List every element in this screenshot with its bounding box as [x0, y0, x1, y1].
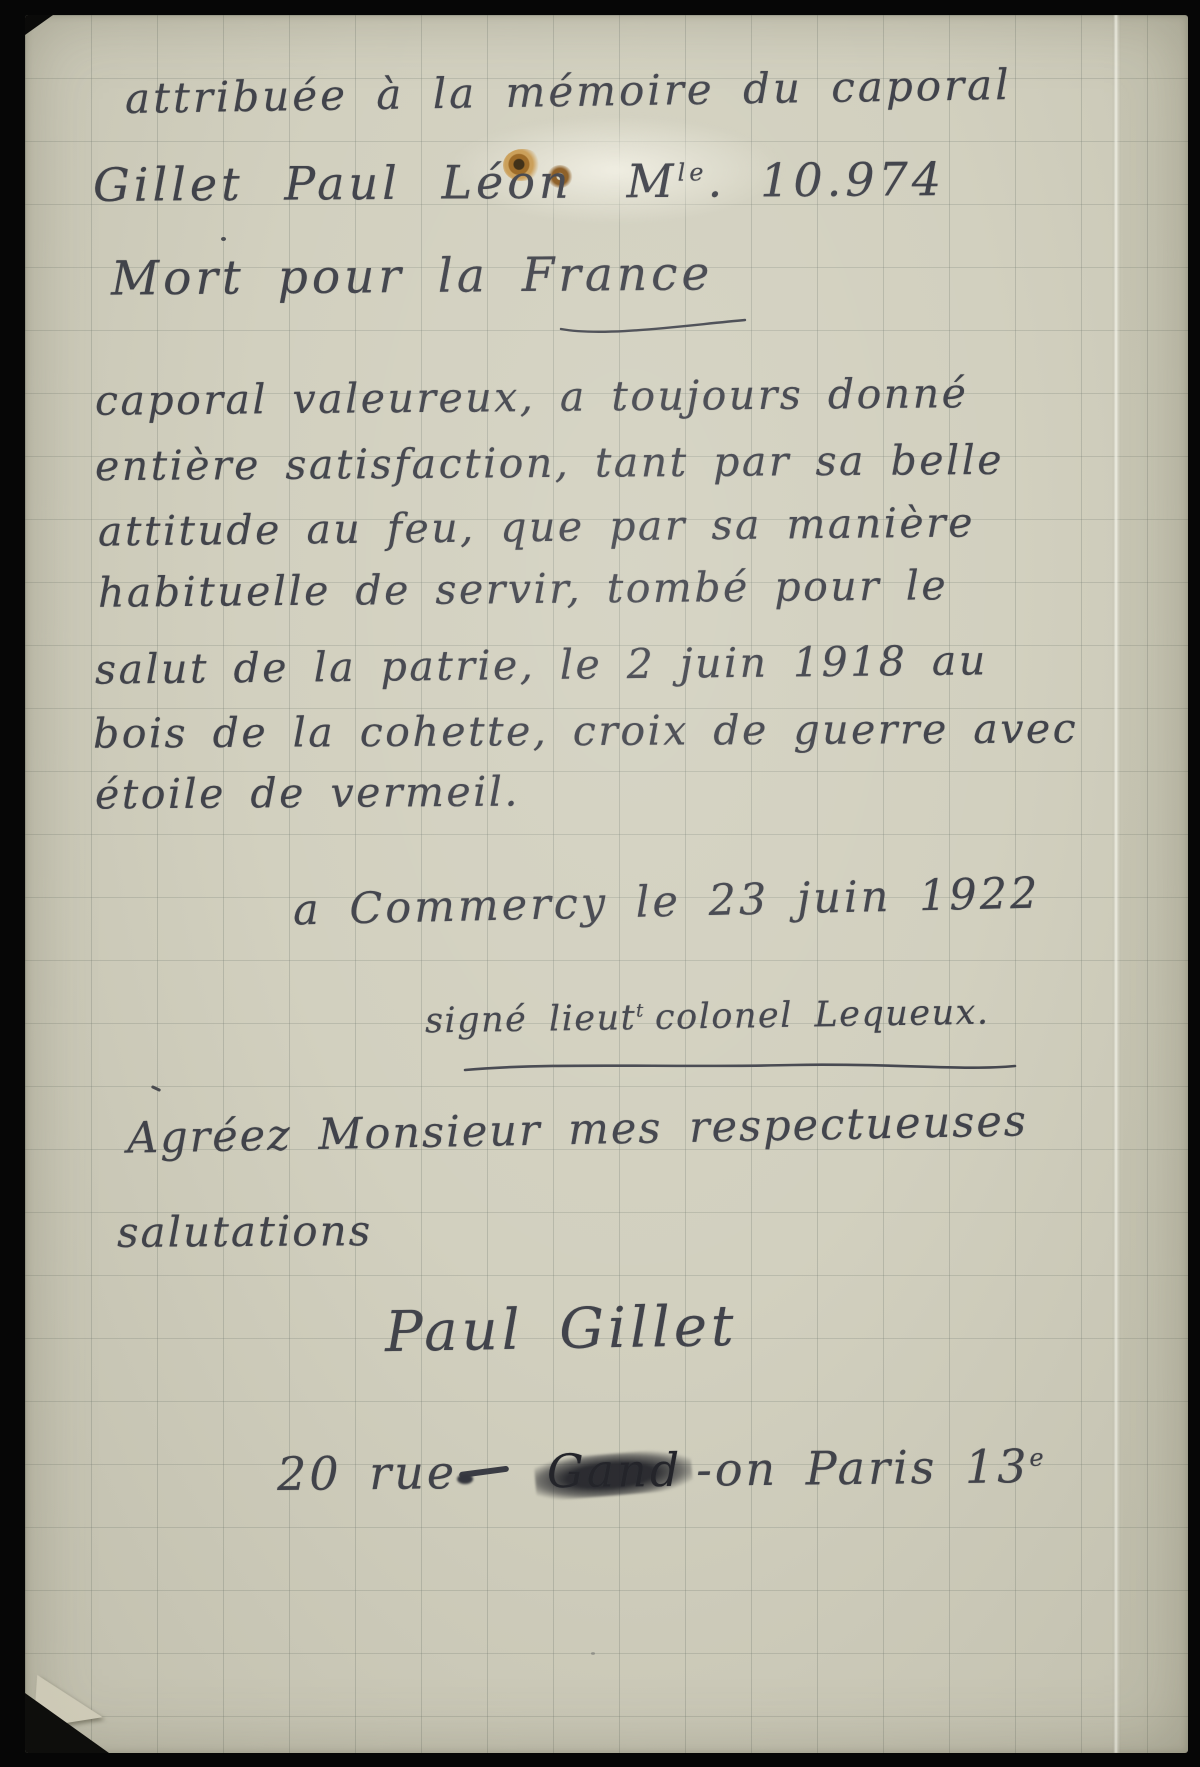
address-line: 20 rueGand-on Paris 13e [277, 1439, 1047, 1501]
signed-prefix: signé lieut [425, 998, 637, 1041]
soldier-name: Gillet Paul Léon [93, 155, 573, 212]
citation-line-2: entière satisfaction, tant par sa belle [95, 436, 1004, 490]
signed-rest: colonel Lequeux. [655, 993, 990, 1038]
fold-shading [1120, 15, 1188, 1753]
closing-line-2: salutations [117, 1206, 373, 1257]
citation-line-6: bois de la cohette, croix de guerre avec [93, 704, 1078, 757]
signature-rule [463, 1057, 1019, 1079]
underline-flourish [559, 315, 749, 341]
bottom-left-corner-cut [25, 1693, 109, 1753]
address-street: 20 rue [277, 1445, 458, 1501]
matricule-sup: le [678, 158, 708, 186]
citation-line-4: habituelle de servir, tombé pour le [98, 561, 949, 616]
fold-crease [1113, 15, 1120, 1753]
address-sup: e [1029, 1444, 1046, 1472]
citation-line-7: étoile de vermeil. [95, 768, 520, 819]
ink-blot: Gand [543, 1443, 687, 1498]
mort-pour-la-france-line: Mort pour la France [111, 246, 714, 306]
address-rest: -on Paris 13 [696, 1439, 1030, 1496]
attribution-line: attribuée à la mémoire du caporal [125, 60, 1012, 123]
top-left-corner-cut [25, 15, 53, 35]
ink-speck [151, 1085, 161, 1092]
matricule-abbrev: Mle. [626, 154, 726, 209]
citation-line-1: caporal valeureux, a toujours donné [95, 369, 969, 425]
citation-line-5: salut de la patrie, le 2 juin 1918 au [95, 636, 988, 693]
crossed-out-word: Gand [547, 1443, 683, 1498]
closing-line-1: Agréez Monsieur mes respectueuses [127, 1096, 1029, 1163]
signed-sup: t [636, 1000, 645, 1021]
citation-line-3: attitude au feu, que par sa manière [98, 498, 975, 555]
photo-background: attribuée à la mémoire du caporal Gillet… [0, 0, 1200, 1767]
ink-speck [221, 237, 226, 241]
strike-mark [457, 1458, 515, 1489]
ink-speck [591, 1652, 595, 1655]
matricule-number: 10.974 [760, 152, 945, 207]
matricule-m: M [626, 154, 677, 208]
signed-by-line: signé lieuttcolonel Lequeux. [425, 993, 990, 1042]
matricule-period: . [707, 154, 726, 208]
signature: Paul Gillet [384, 1294, 738, 1365]
place-date-line: a Commercy le 23 juin 1922 [293, 869, 1041, 936]
letter-page: attribuée à la mémoire du caporal Gillet… [25, 15, 1188, 1753]
identity-line: Gillet Paul LéonMle.10.974 [93, 152, 945, 212]
